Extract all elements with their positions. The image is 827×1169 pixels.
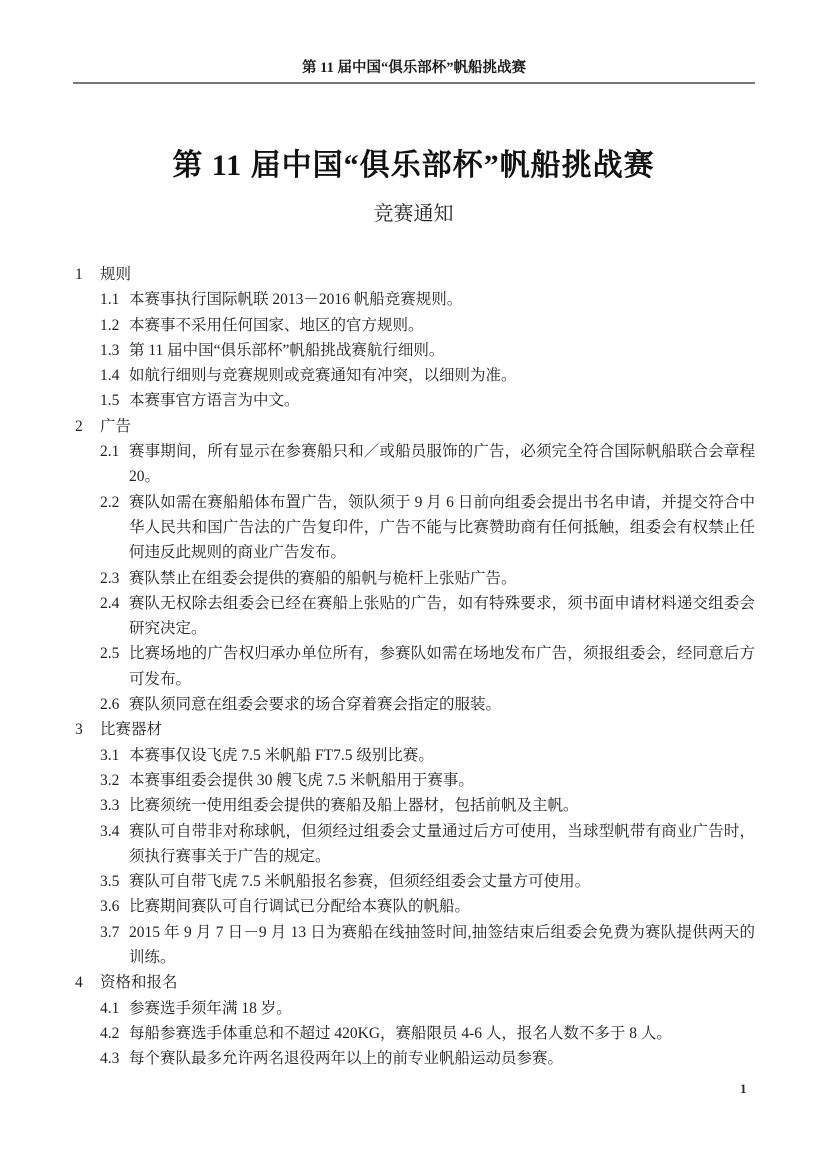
clause-text: 本赛事组委会提供 30 艘飞虎 7.5 米帆船用于赛事。 (129, 768, 755, 793)
clause-text: 比赛期间赛队可自行调试已分配给本赛队的帆船。 (129, 894, 755, 919)
clause-text: 参赛选手须年满 18 岁。 (129, 996, 755, 1021)
clause-text: 如航行细则与竞赛规则或竞赛通知有冲突，以细则为准。 (129, 363, 755, 388)
clause: 1.2本赛事不采用任何国家、地区的官方规则。 (100, 313, 755, 338)
clause: 1.1本赛事执行国际帆联 2013－2016 帆船竞赛规则。 (100, 287, 755, 312)
clause: 4.3每个赛队最多允许两名退役两年以上的前专业帆船运动员参赛。 (100, 1046, 755, 1071)
clause-number: 3.7 (100, 920, 129, 971)
clause: 4.2每船参赛选手体重总和不超过 420KG，赛船限员 4-6 人，报名人数不多… (100, 1021, 755, 1046)
clause: 1.4如航行细则与竞赛规则或竞赛通知有冲突，以细则为准。 (100, 363, 755, 388)
clause-text: 赛队如需在赛船船体布置广告，领队须于 9 月 6 日前向组委会提出书名申请，并提… (129, 490, 755, 566)
clause-number: 1.2 (100, 313, 129, 338)
clause-number: 1.3 (100, 338, 129, 363)
document-title: 第 11 届中国“俱乐部杯”帆船挑战赛 (0, 140, 827, 184)
clause-number: 4.2 (100, 1021, 129, 1046)
section-heading-number: 3 (75, 717, 100, 742)
clause-number: 2.5 (100, 641, 129, 692)
clause-number: 3.5 (100, 869, 129, 894)
clause-text: 赛队须同意在组委会要求的场合穿着赛会指定的服装。 (129, 692, 755, 717)
clause-number: 1.5 (100, 388, 129, 413)
clause-text: 2015 年 9 月 7 日－9 月 13 日为赛船在线抽签时间,抽签结束后组委… (129, 920, 755, 971)
section-heading: 2广告 (75, 414, 755, 439)
clause: 3.2本赛事组委会提供 30 艘飞虎 7.5 米帆船用于赛事。 (100, 768, 755, 793)
page-number: 1 (740, 1081, 747, 1097)
clause: 1.5本赛事官方语言为中文。 (100, 388, 755, 413)
section-heading: 4资格和报名 (75, 970, 755, 995)
clause-number: 3.1 (100, 743, 129, 768)
section: 1规则1.1本赛事执行国际帆联 2013－2016 帆船竞赛规则。1.2本赛事不… (75, 262, 755, 414)
clause-text: 赛队可自带非对称球帆，但须经过组委会丈量通过后方可使用，当球型帆带有商业广告时，… (129, 819, 755, 870)
clause-number: 4.1 (100, 996, 129, 1021)
document-body: 1规则1.1本赛事执行国际帆联 2013－2016 帆船竞赛规则。1.2本赛事不… (75, 262, 755, 1072)
section: 3比赛器材3.1本赛事仅设飞虎 7.5 米帆船 FT7.5 级别比赛。3.2本赛… (75, 717, 755, 970)
clause-text: 赛队无权除去组委会已经在赛船上张贴的广告，如有特殊要求，须书面申请材料递交组委会… (129, 591, 755, 642)
clause: 4.1参赛选手须年满 18 岁。 (100, 996, 755, 1021)
section-heading: 1规则 (75, 262, 755, 287)
clause: 2.6赛队须同意在组委会要求的场合穿着赛会指定的服装。 (100, 692, 755, 717)
clause-text: 第 11 届中国“俱乐部杯”帆船挑战赛航行细则。 (129, 338, 755, 363)
clause-number: 3.3 (100, 793, 129, 818)
clause-text: 本赛事仅设飞虎 7.5 米帆船 FT7.5 级别比赛。 (129, 743, 755, 768)
section: 4资格和报名4.1参赛选手须年满 18 岁。4.2每船参赛选手体重总和不超过 4… (75, 970, 755, 1071)
clause: 3.6比赛期间赛队可自行调试已分配给本赛队的帆船。 (100, 894, 755, 919)
clause-text: 赛队可自带飞虎 7.5 米帆船报名参赛，但须经组委会丈量方可使用。 (129, 869, 755, 894)
section-heading-number: 1 (75, 262, 100, 287)
clause: 3.72015 年 9 月 7 日－9 月 13 日为赛船在线抽签时间,抽签结束… (100, 920, 755, 971)
clause-text: 本赛事不采用任何国家、地区的官方规则。 (129, 313, 755, 338)
clause: 3.4赛队可自带非对称球帆，但须经过组委会丈量通过后方可使用，当球型帆带有商业广… (100, 819, 755, 870)
section-heading-text: 比赛器材 (100, 717, 162, 742)
clause-number: 4.3 (100, 1046, 129, 1071)
clause-number: 1.1 (100, 287, 129, 312)
clause: 1.3第 11 届中国“俱乐部杯”帆船挑战赛航行细则。 (100, 338, 755, 363)
clause-number: 2.1 (100, 439, 129, 490)
running-header: 第 11 届中国“俱乐部杯”帆船挑战赛 (73, 56, 755, 84)
clause-text: 比赛场地的广告权归承办单位所有，参赛队如需在场地发布广告，须报组委会，经同意后方… (129, 641, 755, 692)
clause: 2.3赛队禁止在组委会提供的赛船的船帆与桅杆上张贴广告。 (100, 566, 755, 591)
document-subtitle: 竞赛通知 (0, 197, 827, 226)
section-heading: 3比赛器材 (75, 717, 755, 742)
clause: 2.1赛事期间，所有显示在参赛船只和／或船员服饰的广告，必须完全符合国际帆船联合… (100, 439, 755, 490)
clause-number: 2.3 (100, 566, 129, 591)
clause-number: 3.6 (100, 894, 129, 919)
clause-text: 比赛须统一使用组委会提供的赛船及船上器材，包括前帆及主帆。 (129, 793, 755, 818)
section-heading-text: 规则 (100, 262, 131, 287)
clause-text: 赛队禁止在组委会提供的赛船的船帆与桅杆上张贴广告。 (129, 566, 755, 591)
document-page: 第 11 届中国“俱乐部杯”帆船挑战赛 第 11 届中国“俱乐部杯”帆船挑战赛 … (0, 0, 827, 1169)
clause: 2.2赛队如需在赛船船体布置广告，领队须于 9 月 6 日前向组委会提出书名申请… (100, 490, 755, 566)
clause-number: 2.2 (100, 490, 129, 566)
section-heading-number: 4 (75, 970, 100, 995)
clause-number: 1.4 (100, 363, 129, 388)
clause-text: 每个赛队最多允许两名退役两年以上的前专业帆船运动员参赛。 (129, 1046, 755, 1071)
clause-number: 2.4 (100, 591, 129, 642)
clause-number: 3.2 (100, 768, 129, 793)
clause: 3.3比赛须统一使用组委会提供的赛船及船上器材，包括前帆及主帆。 (100, 793, 755, 818)
clause-text: 赛事期间，所有显示在参赛船只和／或船员服饰的广告，必须完全符合国际帆船联合会章程… (129, 439, 755, 490)
section-heading-text: 广告 (100, 414, 131, 439)
clause: 2.5比赛场地的广告权归承办单位所有，参赛队如需在场地发布广告，须报组委会，经同… (100, 641, 755, 692)
clause-number: 2.6 (100, 692, 129, 717)
clause-text: 本赛事官方语言为中文。 (129, 388, 755, 413)
clause-text: 每船参赛选手体重总和不超过 420KG，赛船限员 4-6 人，报名人数不多于 8… (129, 1021, 755, 1046)
section-heading-text: 资格和报名 (100, 970, 178, 995)
running-header-text: 第 11 届中国“俱乐部杯”帆船挑战赛 (302, 60, 526, 76)
section: 2广告2.1赛事期间，所有显示在参赛船只和／或船员服饰的广告，必须完全符合国际帆… (75, 414, 755, 718)
clause: 3.1本赛事仅设飞虎 7.5 米帆船 FT7.5 级别比赛。 (100, 743, 755, 768)
clause: 2.4赛队无权除去组委会已经在赛船上张贴的广告，如有特殊要求，须书面申请材料递交… (100, 591, 755, 642)
clause-text: 本赛事执行国际帆联 2013－2016 帆船竞赛规则。 (129, 287, 755, 312)
clause: 3.5赛队可自带飞虎 7.5 米帆船报名参赛，但须经组委会丈量方可使用。 (100, 869, 755, 894)
section-heading-number: 2 (75, 414, 100, 439)
clause-number: 3.4 (100, 819, 129, 870)
